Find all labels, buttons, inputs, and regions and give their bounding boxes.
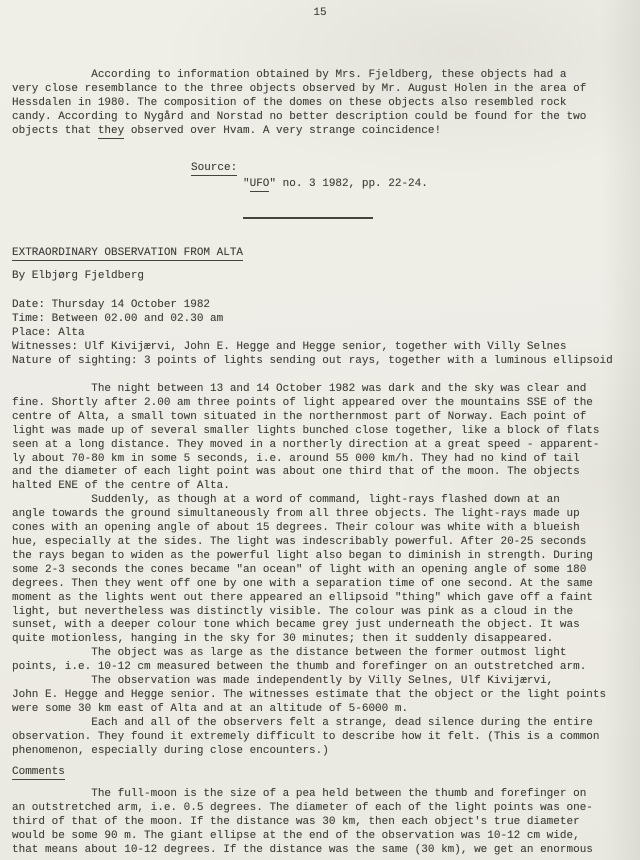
page-number: 15 [0, 7, 640, 21]
source-label: Source: [191, 162, 237, 176]
body-paragraph-5: Each and all of the observers felt a str… [12, 717, 606, 759]
journal-name: UFO [250, 178, 270, 192]
body-paragraph-1: The night between 13 and 14 October 1982… [12, 383, 606, 494]
article-body: The night between 13 and 14 October 1982… [12, 383, 606, 758]
body-paragraph-2: Suddenly, as though at a word of command… [12, 494, 606, 647]
underlined-word-they: they [98, 125, 124, 139]
article-byline: By Elbjørg Fjeldberg [12, 270, 144, 284]
comments-heading: Comments [12, 766, 65, 780]
sighting-details: Date: Thursday 14 October 1982 Time: Bet… [12, 299, 613, 369]
detail-time: Time: Between 02.00 and 02.30 am [12, 313, 613, 327]
body-paragraph-4: The observation was made independently b… [12, 675, 606, 717]
source-label-text: Source: [191, 162, 237, 176]
detail-witnesses: Witnesses: Ulf Kivijærvi, John E. Hegge … [12, 341, 613, 355]
article-title-text: EXTRAORDINARY OBSERVATION FROM ALTA [12, 247, 243, 261]
citation-rest: " no. 3 1982, pp. 22-24. [269, 178, 427, 190]
citation-open-quote: " [243, 178, 250, 190]
scanned-document-page: 15 According to information obtained by … [0, 0, 640, 860]
detail-date: Date: Thursday 14 October 1982 [12, 299, 613, 313]
detail-place: Place: Alta [12, 327, 613, 341]
comments-paragraph: The full-moon is the size of a pea held … [12, 788, 593, 858]
source-citation: "UFO" no. 3 1982, pp. 22-24. [243, 178, 428, 192]
intro-text-after: observed over Hvam. A very strange coinc… [124, 125, 441, 137]
body-paragraph-3: The object was as large as the distance … [12, 647, 606, 675]
intro-paragraph: According to information obtained by Mrs… [12, 69, 586, 139]
article-title: EXTRAORDINARY OBSERVATION FROM ALTA [12, 247, 243, 261]
detail-nature: Nature of sighting: 3 points of lights s… [12, 355, 613, 369]
comments-heading-text: Comments [12, 766, 65, 780]
section-divider-rule [243, 217, 373, 219]
